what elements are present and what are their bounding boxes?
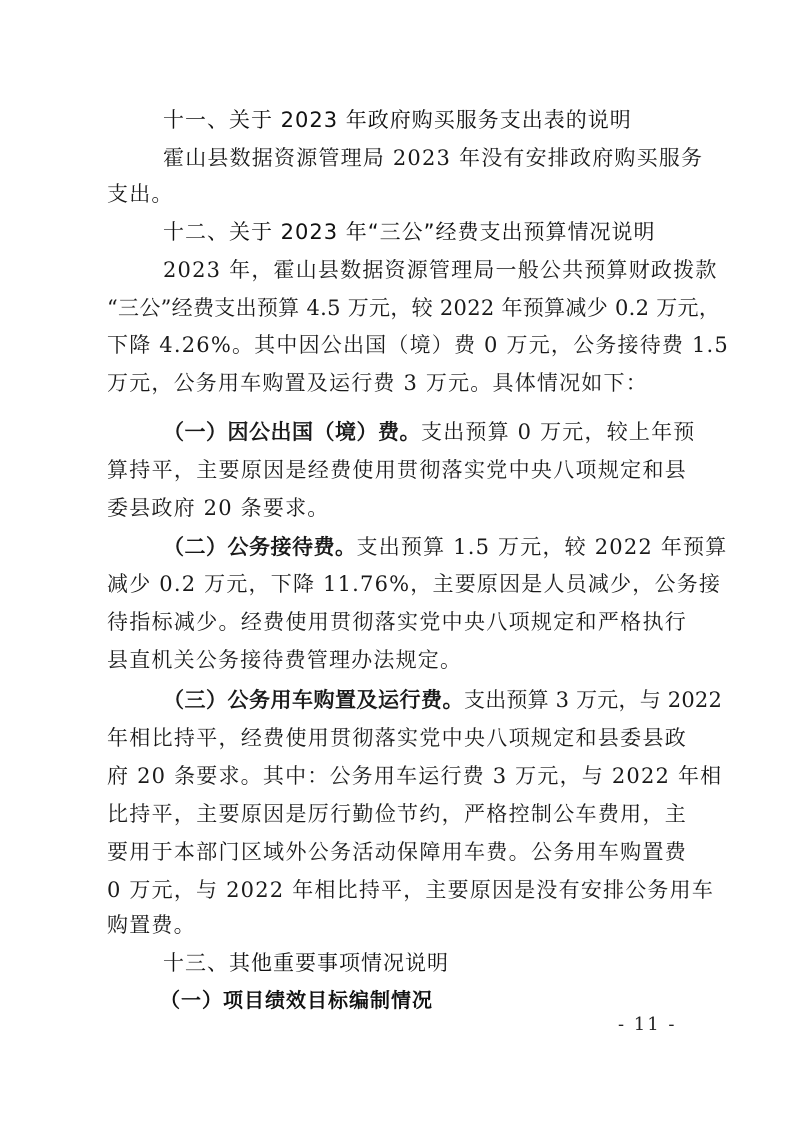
item-1-line-2: 算持平，主要原因是经费使用贯彻落实党中央八项规定和县 <box>107 451 687 489</box>
item-2-lead: （二）公务接待费。 <box>163 535 357 559</box>
section-12-heading: 十二、关于 2023 年“三公”经费支出预算情况说明 <box>163 213 687 251</box>
section-13-sub-heading: （一）项目绩效目标编制情况 <box>160 981 684 1019</box>
section-12-intro-line-2: “三公”经费支出预算 4.5 万元，较 2022 年预算减少 0.2 万元， <box>107 289 687 327</box>
item-2-first-line: （二）公务接待费。支出预算 1.5 万元，较 2022 年预算 <box>163 528 687 566</box>
item-3-line-6: 0 万元，与 2022 年相比持平，主要原因是没有安排公务用车 <box>107 871 687 909</box>
item-2-line-3: 待指标减少。经费使用贯彻落实党中央八项规定和严格执行 <box>107 603 687 641</box>
item-3-line-2: 年相比持平，经费使用贯彻落实党中央八项规定和县委县政 <box>107 719 687 757</box>
item-3-line-7: 购置费。 <box>107 906 687 944</box>
section-12-intro-line-1: 2023 年，霍山县数据资源管理局一般公共预算财政拨款 <box>163 251 687 289</box>
section-11-paragraph-line-2: 支出。 <box>107 175 687 213</box>
section-11-paragraph-line-1: 霍山县数据资源管理局 2023 年没有安排政府购买服务 <box>163 139 687 177</box>
item-1-first-line-rest: 支出预算 0 万元，较上年预 <box>421 420 696 444</box>
item-1-line-3: 委县政府 20 条要求。 <box>107 489 687 527</box>
item-3-line-4: 比持平，主要原因是厉行勤俭节约，严格控制公车费用，主 <box>107 795 687 833</box>
item-3-first-line: （三）公务用车购置及运行费。支出预算 3 万元，与 2022 <box>163 681 687 719</box>
item-2-line-4: 县直机关公务接待费管理办法规定。 <box>107 641 687 679</box>
section-13-heading: 十三、其他重要事项情况说明 <box>163 944 687 982</box>
section-12-intro-line-3: 下降 4.26%。其中因公出国（境）费 0 万元，公务接待费 1.5 <box>107 326 687 364</box>
item-2-first-line-rest: 支出预算 1.5 万元，较 2022 年预算 <box>357 535 728 559</box>
section-11-heading: 十一、关于 2023 年政府购买服务支出表的说明 <box>163 101 687 139</box>
item-2-line-2: 减少 0.2 万元，下降 11.76%，主要原因是人员减少，公务接 <box>107 565 687 603</box>
item-3-first-line-rest: 支出预算 3 万元，与 2022 <box>464 688 722 712</box>
item-3-line-5: 要用于本部门区域外公务活动保障用车费。公务用车购置费 <box>107 833 687 871</box>
section-12-intro-line-4: 万元，公务用车购置及运行费 3 万元。具体情况如下： <box>107 364 687 402</box>
item-3-lead: （三）公务用车购置及运行费。 <box>163 688 464 712</box>
page-number: - 11 - <box>618 1014 677 1035</box>
item-3-line-3: 府 20 条要求。其中：公务用车运行费 3 万元，与 2022 年相 <box>107 757 687 795</box>
item-1-lead: （一）因公出国（境）费。 <box>163 420 421 444</box>
document-page: 十一、关于 2023 年政府购买服务支出表的说明 霍山县数据资源管理局 2023… <box>0 0 793 1122</box>
item-1-first-line: （一）因公出国（境）费。支出预算 0 万元，较上年预 <box>163 413 687 451</box>
